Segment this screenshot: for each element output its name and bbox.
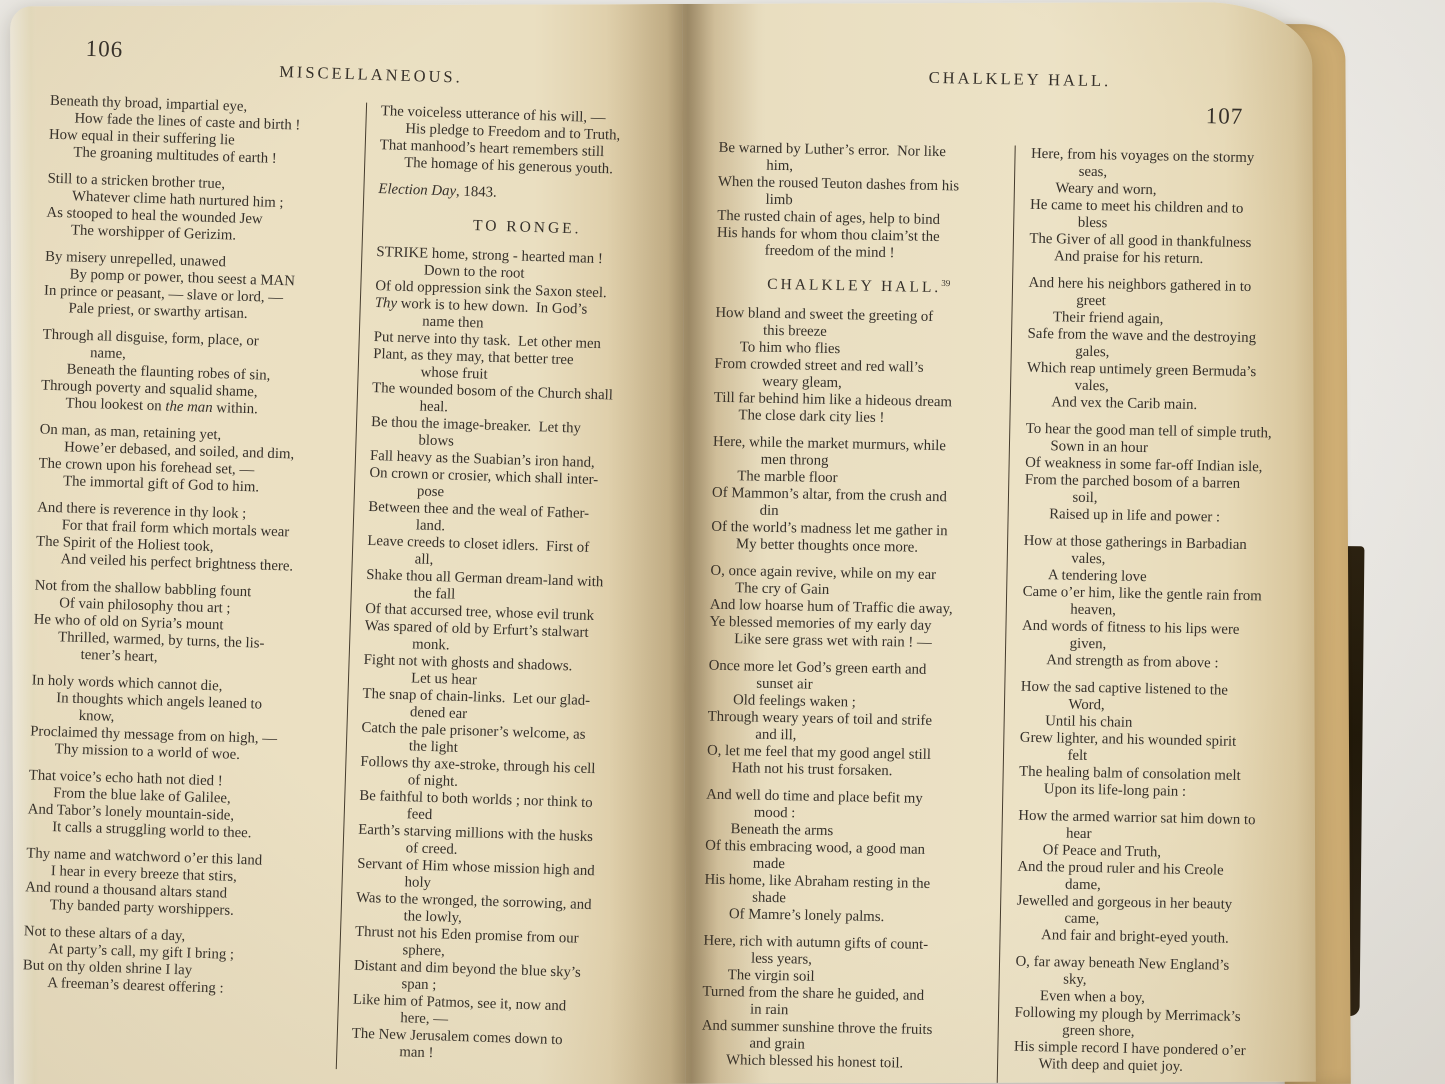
- poem-attribution: Election Day, 1843.: [378, 181, 678, 207]
- stanza: And well do time and place befit mymood …: [704, 787, 992, 928]
- stanza: O, far away beneath New England’ssky,Eve…: [1013, 954, 1303, 1078]
- stanza: Beneath thy broad, impartial eye,How fad…: [48, 93, 356, 171]
- stanza: STRIKE home, strong - hearted man !Down …: [351, 244, 676, 1069]
- stanza: Here, while the market murmurs, whilemen…: [711, 434, 999, 558]
- stanza: O, once again revive, while on my earThe…: [709, 563, 996, 653]
- poem-column: Beneath thy broad, impartial eye,How fad…: [20, 93, 367, 1069]
- stanza: How bland and sweet the greeting ofthis …: [713, 305, 1001, 429]
- right-page-content: CHALKLEY HALL. 107 Be warned by Luther’s…: [701, 60, 1316, 1084]
- running-header-left: MISCELLANEOUS.: [51, 55, 691, 95]
- poem-title: CHALKLEY HALL.39: [716, 275, 1002, 297]
- poem-column: Here, from his voyages on the stormyseas…: [997, 145, 1316, 1084]
- stanza: Here, rich with autumn gifts of count-le…: [701, 933, 989, 1074]
- poem-column: The voiceless utterance of his will, —Hi…: [337, 103, 681, 1079]
- stanza: Not to these altars of a day,At party’s …: [22, 923, 330, 1001]
- stanza: That voice’s echo hath not died !From th…: [27, 767, 335, 845]
- stanza: Through all disguise, form, place, ornam…: [40, 327, 349, 422]
- page-number-right: 107: [1206, 103, 1244, 130]
- stanza: Be warned by Luther’s error. Nor likehim…: [716, 140, 1004, 264]
- poem-column: Be warned by Luther’s error. Nor likehim…: [701, 140, 1015, 1084]
- stanza: To hear the good man tell of simple trut…: [1024, 421, 1313, 529]
- stanza: And there is reverence in thy look ;For …: [35, 500, 343, 578]
- stanza: How the sad captive listened to theWord,…: [1019, 679, 1309, 803]
- stanza: The voiceless utterance of his will, —Hi…: [379, 103, 681, 180]
- poem-title: TO RONGE.: [377, 214, 677, 240]
- stanza: Here, from his voyages on the stormyseas…: [1029, 146, 1316, 270]
- left-page-content: 106 MISCELLANEOUS. Beneath thy broad, im…: [20, 31, 692, 1080]
- stanza: Thy name and watchword o’er this landI h…: [24, 845, 332, 923]
- stanza: Still to a stricken brother true,Whateve…: [46, 171, 354, 249]
- book-photo: 106 MISCELLANEOUS. Beneath thy broad, im…: [0, 0, 1445, 1084]
- stanza: Once more let God’s green earth andsunse…: [707, 658, 995, 782]
- stanza: How the armed warrior sat him down tohea…: [1016, 808, 1306, 949]
- stanza: In holy words which cannot die,In though…: [29, 672, 338, 767]
- stanza: Not from the shallow babbling fountOf va…: [32, 577, 341, 672]
- stanza: By misery unrepelled, unawedBy pomp or p…: [43, 249, 351, 327]
- stanza: How at those gatherings in Barbadianvale…: [1021, 533, 1311, 674]
- stanza: On man, as man, retaining yet,Howe’er de…: [38, 422, 346, 500]
- open-book: 106 MISCELLANEOUS. Beneath thy broad, im…: [10, 2, 1316, 1084]
- right-page-header: CHALKLEY HALL. 107: [719, 60, 1316, 152]
- stanza: And here his neighbors gathered in togre…: [1026, 275, 1316, 416]
